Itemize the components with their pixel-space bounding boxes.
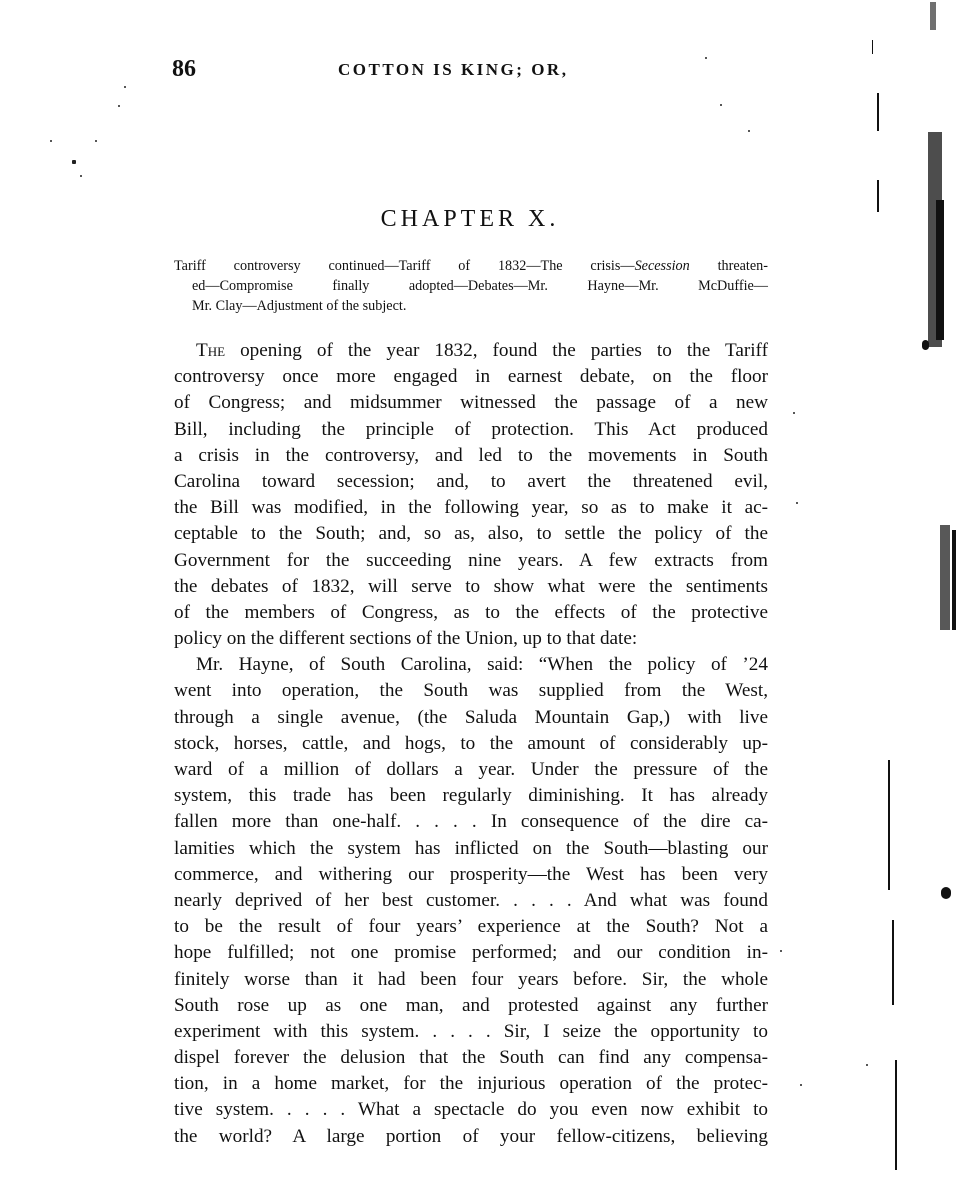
- text-line: of the members of Congress, as to the ef…: [174, 600, 768, 626]
- text-line: finitely worse than it had been four yea…: [174, 967, 768, 993]
- margin-line: [888, 760, 890, 890]
- ink-dot: [922, 340, 929, 350]
- synopsis-line: ed—Compromise finally adopted—Debates—Mr…: [174, 276, 768, 296]
- text-line: tion, in a home market, for the injuriou…: [174, 1071, 768, 1097]
- text-line: fallen more than one-half. . . . . In co…: [174, 809, 768, 835]
- ink-dot: [941, 887, 951, 899]
- speck: [748, 130, 750, 132]
- text-line: the debates of 1832, will serve to show …: [174, 574, 768, 600]
- page-number: 86: [172, 56, 196, 83]
- margin-line: [877, 93, 879, 131]
- speck: [800, 1084, 802, 1086]
- text-line: dispel forever the delusion that the Sou…: [174, 1045, 768, 1071]
- binding-streak: [940, 525, 950, 630]
- speck: [124, 86, 126, 88]
- margin-line: [877, 180, 879, 212]
- text-line: Government for the succeeding nine years…: [174, 548, 768, 574]
- text-line: tive system. . . . . What a spectacle do…: [174, 1097, 768, 1123]
- speck: [705, 57, 707, 59]
- text-line: a crisis in the controversy, and led to …: [174, 443, 768, 469]
- speck: [780, 950, 782, 952]
- text-line: to be the result of four years’ experien…: [174, 914, 768, 940]
- speck: [796, 502, 798, 504]
- speck: [866, 1064, 868, 1066]
- speck: [50, 140, 52, 142]
- text-line: ward of a million of dollars a year. Und…: [174, 757, 768, 783]
- speck: [95, 140, 97, 142]
- synopsis-text: Tariff controversy continued—Tariff of 1…: [174, 258, 635, 274]
- text-line: went into operation, the South was suppl…: [174, 678, 768, 704]
- speck: [72, 160, 76, 164]
- text-line: through a single avenue, (the Saluda Mou…: [174, 705, 768, 731]
- margin-line: [872, 40, 873, 54]
- binding-streak: [952, 530, 956, 630]
- running-head: COTTON IS KING; OR,: [338, 60, 568, 80]
- text-line: the world? A large portion of your fello…: [174, 1124, 768, 1150]
- text-line: Carolina toward secession; and, to avert…: [174, 469, 768, 495]
- text-line: lamities which the system has inflicted …: [174, 836, 768, 862]
- binding-streak: [936, 200, 944, 340]
- text-line: controversy once more engaged in earnest…: [174, 364, 768, 390]
- synopsis-text: Mr. Clay—Adjustment of the subject.: [192, 298, 406, 314]
- synopsis-italic: Secession: [635, 258, 690, 274]
- text-line: The opening of the year 1832, found the …: [174, 338, 768, 364]
- synopsis-line: Tariff controversy continued—Tariff of 1…: [174, 256, 768, 276]
- binding-streak: [930, 2, 936, 30]
- paragraph-2: Mr. Hayne, of South Carolina, said: “Whe…: [174, 652, 768, 1150]
- paragraph-1: The opening of the year 1832, found the …: [174, 338, 768, 652]
- speck: [118, 105, 120, 107]
- speck: [793, 412, 795, 414]
- text-line: of Congress; and midsummer witnessed the…: [174, 390, 768, 416]
- synopsis-text: ed—Compromise finally adopted—Debates—Mr…: [192, 278, 768, 294]
- text-line: nearly deprived of her best customer. . …: [174, 888, 768, 914]
- line-text: opening of the year 1832, found the part…: [225, 340, 768, 361]
- chapter-title: CHAPTER X.: [0, 206, 940, 233]
- text-line: hope fulfilled; not one promise performe…: [174, 940, 768, 966]
- text-line: Mr. Hayne, of South Carolina, said: “Whe…: [174, 652, 768, 678]
- text-line: the Bill was modified, in the following …: [174, 495, 768, 521]
- text-line: system, this trade has been regularly di…: [174, 783, 768, 809]
- chapter-synopsis: Tariff controversy continued—Tariff of 1…: [174, 256, 768, 316]
- speck: [720, 104, 722, 106]
- margin-line: [892, 920, 894, 1005]
- synopsis-line: Mr. Clay—Adjustment of the subject.: [174, 296, 768, 316]
- text-line: Bill, including the principle of protect…: [174, 417, 768, 443]
- text-line: policy on the different sections of the …: [174, 626, 768, 652]
- text-line: South rose up as one man, and protested …: [174, 993, 768, 1019]
- synopsis-text: threaten-: [690, 258, 768, 274]
- text-line: stock, horses, cattle, and hogs, to the …: [174, 731, 768, 757]
- speck: [80, 175, 82, 177]
- margin-line: [895, 1060, 897, 1170]
- body-text: The opening of the year 1832, found the …: [174, 338, 768, 1150]
- dropcap-word: The: [196, 340, 225, 361]
- text-line: experiment with this system. . . . . Sir…: [174, 1019, 768, 1045]
- text-line: ceptable to the South; and, so as, also,…: [174, 521, 768, 547]
- text-line: commerce, and withering our prosperity—t…: [174, 862, 768, 888]
